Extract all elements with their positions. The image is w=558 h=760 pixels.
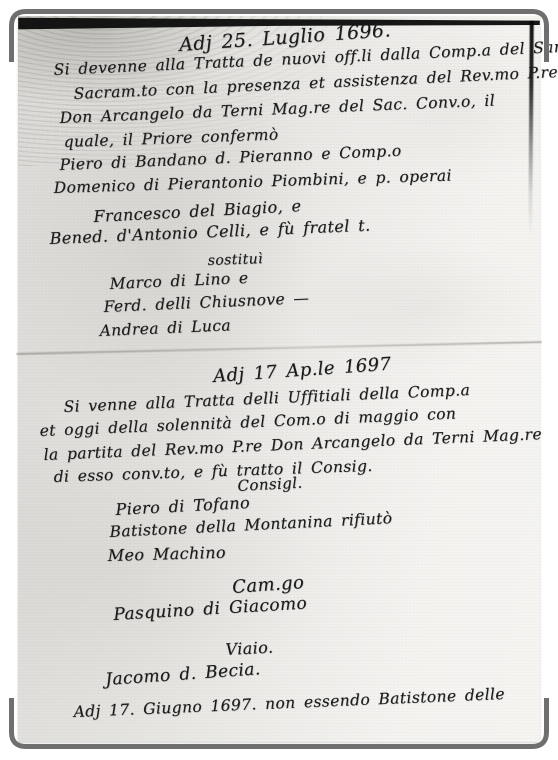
manuscript-page: Adj 25. Luglio 1696. Si devenne alla Tra… [18, 16, 540, 742]
date-line-giugno-1697: Adj 17. Giugno 1697. non essendo Batisto… [73, 685, 505, 721]
signature-marco-di-lino: Marco di Lino e [109, 269, 249, 293]
note-sostitui: sostituì [207, 251, 263, 269]
signature-ferd-delli-chiusnove: Ferd. delli Chiusnove — [103, 289, 309, 316]
fold-crease-line [16, 341, 542, 355]
signature-jacomo-di-becia: Jacomo d. Becia. [105, 659, 262, 690]
office-heading-consiglieri: Consigl. [237, 474, 303, 495]
signature-andrea-di-luca: Andrea di Luca [99, 316, 231, 340]
signature-pasquino-di-giacomo: Pasquino di Giacomo [113, 594, 308, 625]
signature-meo-machino: Meo Machino [107, 543, 226, 565]
office-heading-viaio: Viaio. [225, 638, 274, 659]
signature-piero-di-tofano: Piero di Tofano [115, 493, 250, 519]
date-heading-1697-aprile: Adj 17 Ap.le 1697 [213, 354, 392, 387]
manuscript-scan-viewer: Adj 25. Luglio 1696. Si devenne alla Tra… [0, 0, 558, 760]
